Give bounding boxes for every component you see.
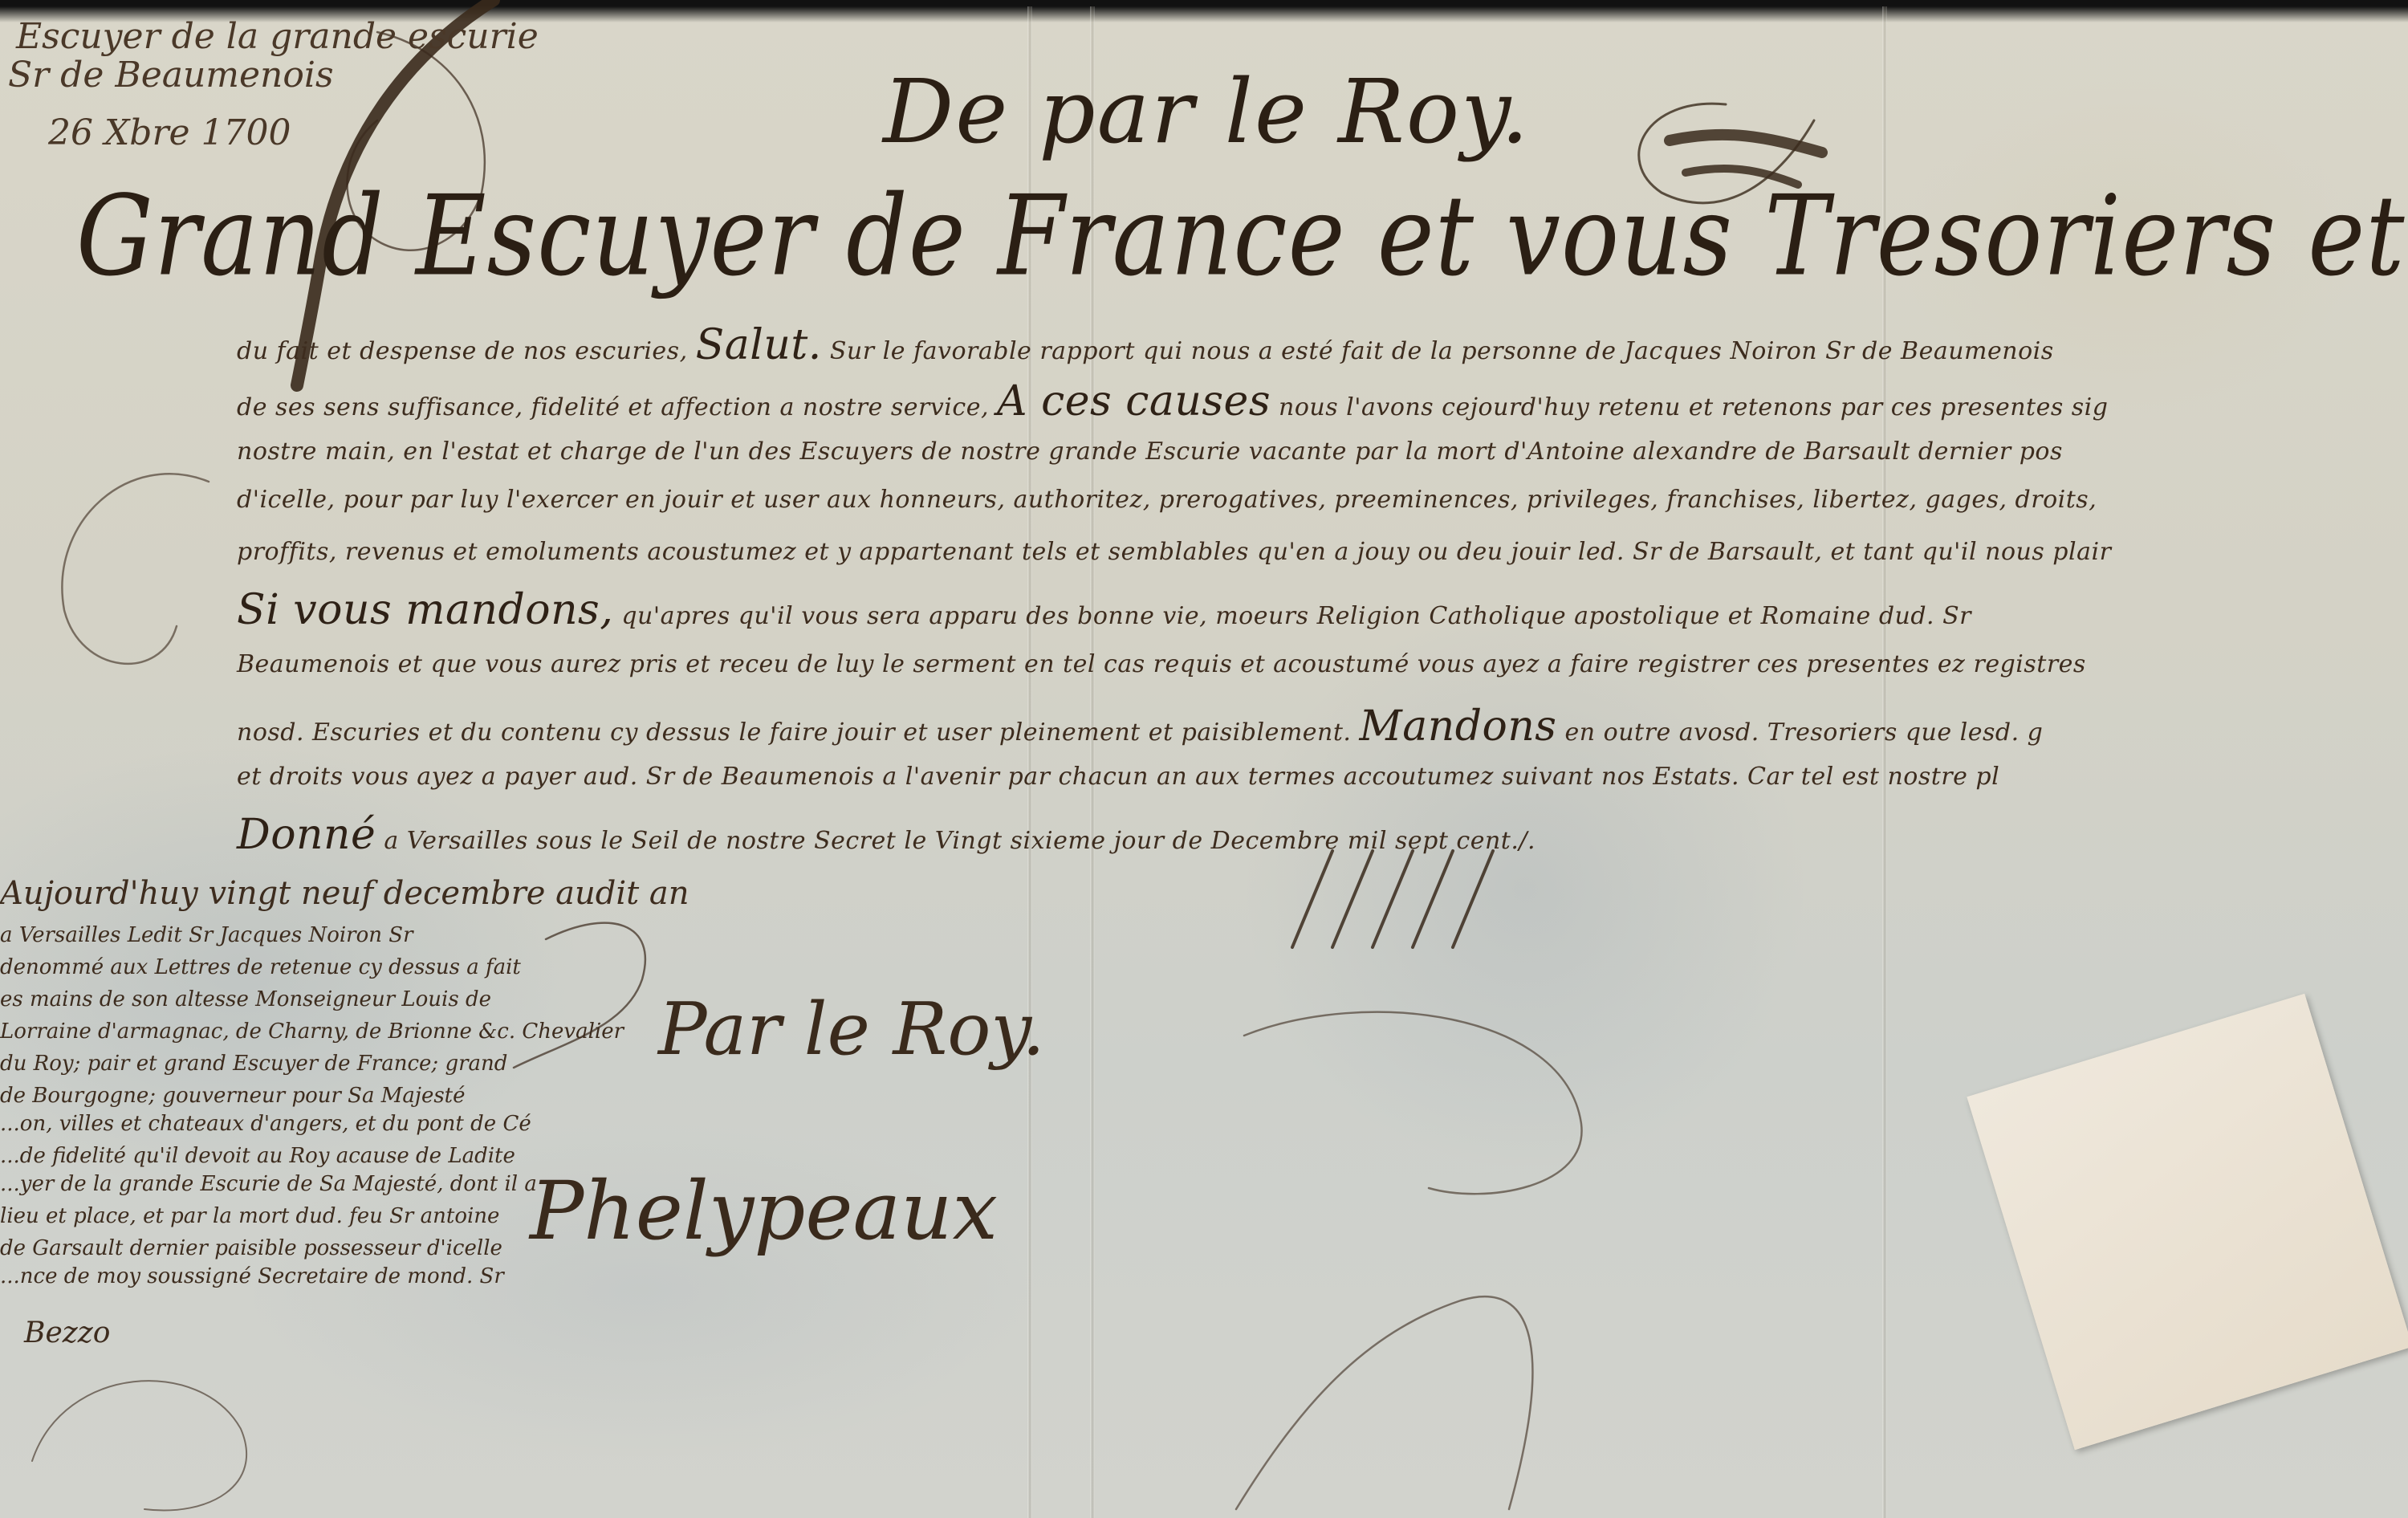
body-line: d'icelle, pour par luy l'exercer en joui… [237,486,2097,514]
margin-note-line: ...de fidelité qu'il devoit au Roy acaus… [0,1144,515,1168]
body-line: Donné a Versailles sous le Seil de nostr… [237,811,1536,859]
donne-emphasis: Donné [237,811,376,859]
margin-note-line: lieu et place, et par la mort dud. feu S… [0,1204,499,1228]
body-line: nostre main, en l'estat et charge de l'u… [237,437,2063,466]
corner-note-line: Sr de Beaumenois [8,55,334,96]
margin-note-line: a Versailles Ledit Sr Jacques Noiron Sr [0,923,413,947]
corner-note-line: Escuyer de la grande escurie [16,16,539,57]
body-line: proffits, revenus et emoluments acoustum… [237,538,2111,566]
margin-note-line: du Roy; pair et grand Escuyer de France;… [0,1052,507,1076]
document-subtitle: Grand Escuyer de France et vous Tresorie… [76,173,2408,301]
margin-note-signature: Bezzo [24,1317,110,1349]
si-vous-mandons-emphasis: Si vous mandons, [237,586,613,634]
document-title: De par le Roy. [883,60,1531,163]
body-line: Beaumenois et que vous aurez pris et rec… [237,650,2086,678]
margin-note-line: denommé aux Lettres de retenue cy dessus… [0,955,521,979]
body-line: nosd. Escuries et du contenu cy dessus l… [237,702,2043,751]
margin-note-line: ...on, villes et chateaux d'angers, et d… [0,1112,531,1136]
margin-note-line: de Garsault dernier paisible possesseur … [0,1236,502,1260]
body-line: de ses sens suffisance, fidelité et affe… [237,377,2108,425]
par-le-roy-heading: Par le Roy. [658,987,1045,1072]
body-line: Si vous mandons, qu'apres qu'il vous ser… [237,586,1971,634]
salut-emphasis: Salut. [696,321,822,369]
body-line: du fait et despense de nos escuries, Sal… [237,321,2054,369]
margin-note-line: de Bourgogne; gouverneur pour Sa Majesté [0,1084,466,1108]
secretary-signature: Phelypeaux [530,1164,998,1258]
margin-note-line: ...yer de la grande Escurie de Sa Majest… [0,1172,537,1196]
corner-note-date: 26 Xbre 1700 [48,112,291,153]
margin-note-line: es mains de son altesse Monseigneur Loui… [0,987,491,1011]
margin-note-line: Lorraine d'armagnac, de Charny, de Brion… [0,1019,624,1044]
body-line: et droits vous ayez a payer aud. Sr de B… [237,763,1999,791]
mandons-emphasis: Mandons [1359,702,1556,751]
a-ces-causes-emphasis: A ces causes [997,377,1271,425]
margin-note-line: Aujourd'huy vingt neuf decembre audit an [0,875,689,912]
margin-note-line: ...nce de moy soussigné Secretaire de mo… [0,1264,504,1288]
